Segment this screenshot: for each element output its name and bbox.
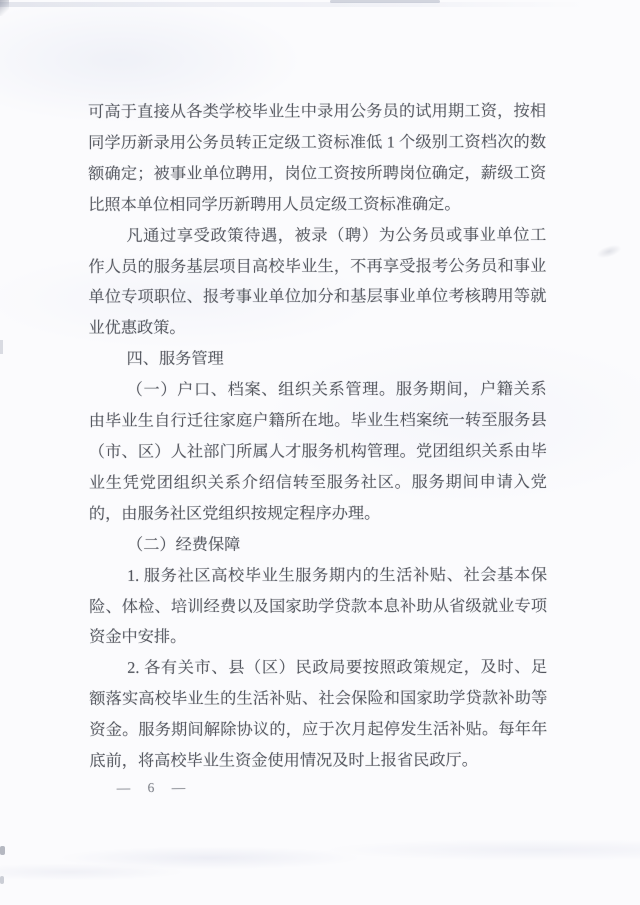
document-body: 可高于直接从各类学校毕业生中录用公务员的试用期工资，按相同学历新录用公务员转正定… bbox=[88, 96, 547, 777]
scan-artifact-smudge bbox=[595, 242, 623, 260]
scan-artifact-corner bbox=[0, 0, 9, 16]
section-heading-service-management: 四、服务管理 bbox=[89, 343, 547, 375]
scan-artifact-top-strip bbox=[0, 2, 585, 7]
page-number: — 6 — bbox=[100, 779, 202, 798]
paragraph-item-2-civil-affairs-funding: 2. 各有关市、县（区）民政局要按照政策规定，及时、足额落实高校毕业生的生活补贴… bbox=[89, 652, 547, 777]
scan-artifact-edge-nick bbox=[0, 340, 3, 354]
paragraph-household-archive-management: （一）户口、档案、组织关系管理。服务期间，户籍关系由毕业生自行迁往家庭户籍所在地… bbox=[89, 374, 547, 529]
subsection-heading-funding-guarantee: （二）经费保障 bbox=[89, 529, 547, 561]
scan-artifact-top-mark bbox=[330, 0, 440, 3]
scan-artifact-bottom-band bbox=[0, 836, 640, 882]
paragraph-item-1-subsidy-funding: 1. 服务社区高校毕业生服务期内的生活补贴、社会基本保险、体检、培训经费以及国家… bbox=[89, 560, 547, 654]
scanned-document-page: 可高于直接从各类学校毕业生中录用公务员的试用期工资，按相同学历新录用公务员转正定… bbox=[0, 0, 640, 905]
paragraph-policy-benefit: 凡通过享受政策待遇，被录（聘）为公务员或事业单位工作人员的服务基层项目高校毕业生… bbox=[88, 220, 546, 345]
paragraph-salary-continuation: 可高于直接从各类学校毕业生中录用公务员的试用期工资，按相同学历新录用公务员转正定… bbox=[88, 96, 546, 221]
